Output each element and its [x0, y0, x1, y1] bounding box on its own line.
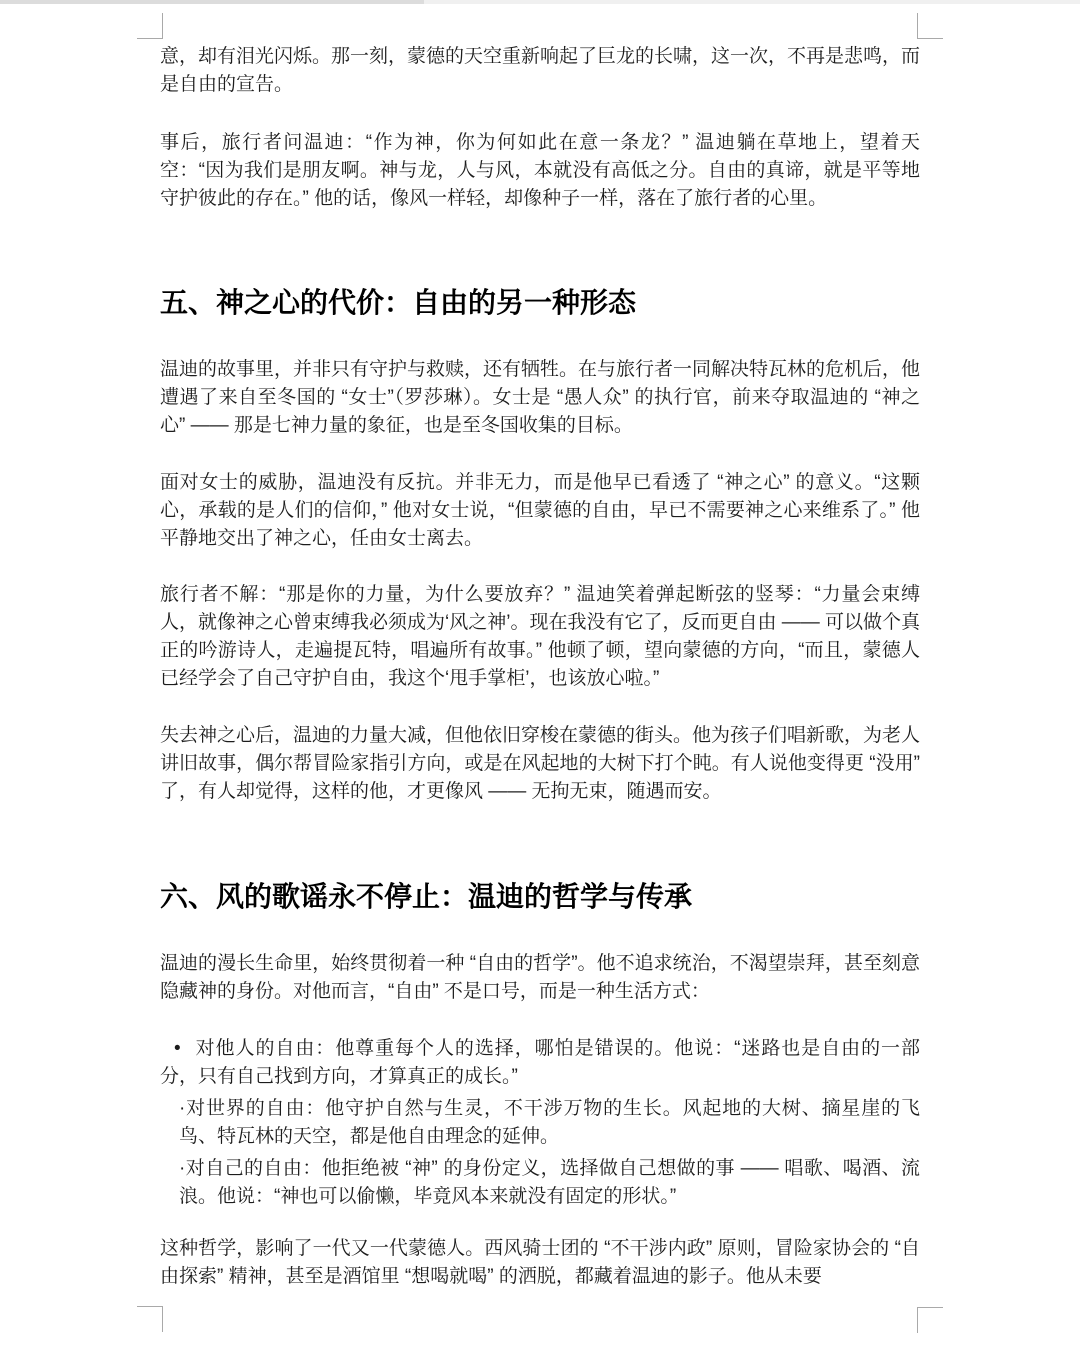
document-text-area: 意，却有泪光闪烁。那一刻，蒙德的天空重新响起了巨龙的长啸，这一次，不再是悲鸣，而… [160, 4, 920, 1291]
section-5-paragraph-1: 温迪的故事里，并非只有守护与救赎，还有牺牲。在与旅行者一同解决特瓦林的危机后，他… [160, 356, 920, 440]
intro-paragraph-2: 事后，旅行者问温迪：“作为神，你为何如此在意一条龙？” 温迪躺在草地上，望着天空… [160, 129, 920, 213]
section-5-paragraph-2: 面对女士的威胁，温迪没有反抗。并非无力，而是他早已看透了 “神之心” 的意义。“… [160, 469, 920, 553]
section-5-paragraph-3: 旅行者不解：“那是你的力量，为什么要放弃？” 温迪笑着弹起断弦的竖琴：“力量会束… [160, 581, 920, 693]
section-6-lead-paragraph: 温迪的漫长生命里，始终贯彻着一种 “自由的哲学”。他不追求统治，不渴望崇拜，甚至… [160, 950, 920, 1006]
section-6-closing-paragraph: 这种哲学，影响了一代又一代蒙德人。西风骑士团的 “不干涉内政” 原则，冒险家协会… [160, 1235, 920, 1291]
margin-crop-mark-bottom-right [917, 1307, 943, 1333]
section-5-heading: 五、神之心的代价：自由的另一种形态 [160, 283, 920, 323]
margin-crop-mark-top-right [917, 13, 943, 39]
list-item: ·对世界的自由：他守护自然与生灵，不干涉万物的生长。风起地的大树、摘星崖的飞鸟、… [160, 1095, 920, 1151]
bullet-marker: • [174, 1038, 181, 1059]
intro-paragraph-1: 意，却有泪光闪烁。那一刻，蒙德的天空重新响起了巨龙的长啸，这一次，不再是悲鸣，而… [160, 43, 920, 99]
section-5-paragraph-4: 失去神之心后，温迪的力量大减，但他依旧穿梭在蒙德的街头。他为孩子们唱新歌，为老人… [160, 722, 920, 806]
list-item: •对他人的自由：他尊重每个人的选择，哪怕是错误的。他说：“迷路也是自由的一部分，… [160, 1035, 920, 1091]
list-item: ·对自己的自由：他拒绝被 “神” 的身份定义，选择做自己想做的事 —— 唱歌、喝… [160, 1155, 920, 1211]
list-item-text: 对世界的自由：他守护自然与生灵，不干涉万物的生长。风起地的大树、摘星崖的飞鸟、特… [179, 1098, 920, 1147]
list-item-text: 对他人的自由：他尊重每个人的选择，哪怕是错误的。他说：“迷路也是自由的一部分，只… [160, 1038, 920, 1087]
section-6-heading: 六、风的歌谣永不停止：温迪的哲学与传承 [160, 877, 920, 917]
margin-crop-mark-bottom-left [137, 1306, 163, 1332]
list-item-text: 对自己的自由：他拒绝被 “神” 的身份定义，选择做自己想做的事 —— 唱歌、喝酒… [179, 1158, 920, 1207]
freedom-philosophy-list: •对他人的自由：他尊重每个人的选择，哪怕是错误的。他说：“迷路也是自由的一部分，… [160, 1035, 920, 1211]
document-page: { "doc": { "intro_paragraphs": [ "意，却有泪光… [0, 0, 1080, 1353]
